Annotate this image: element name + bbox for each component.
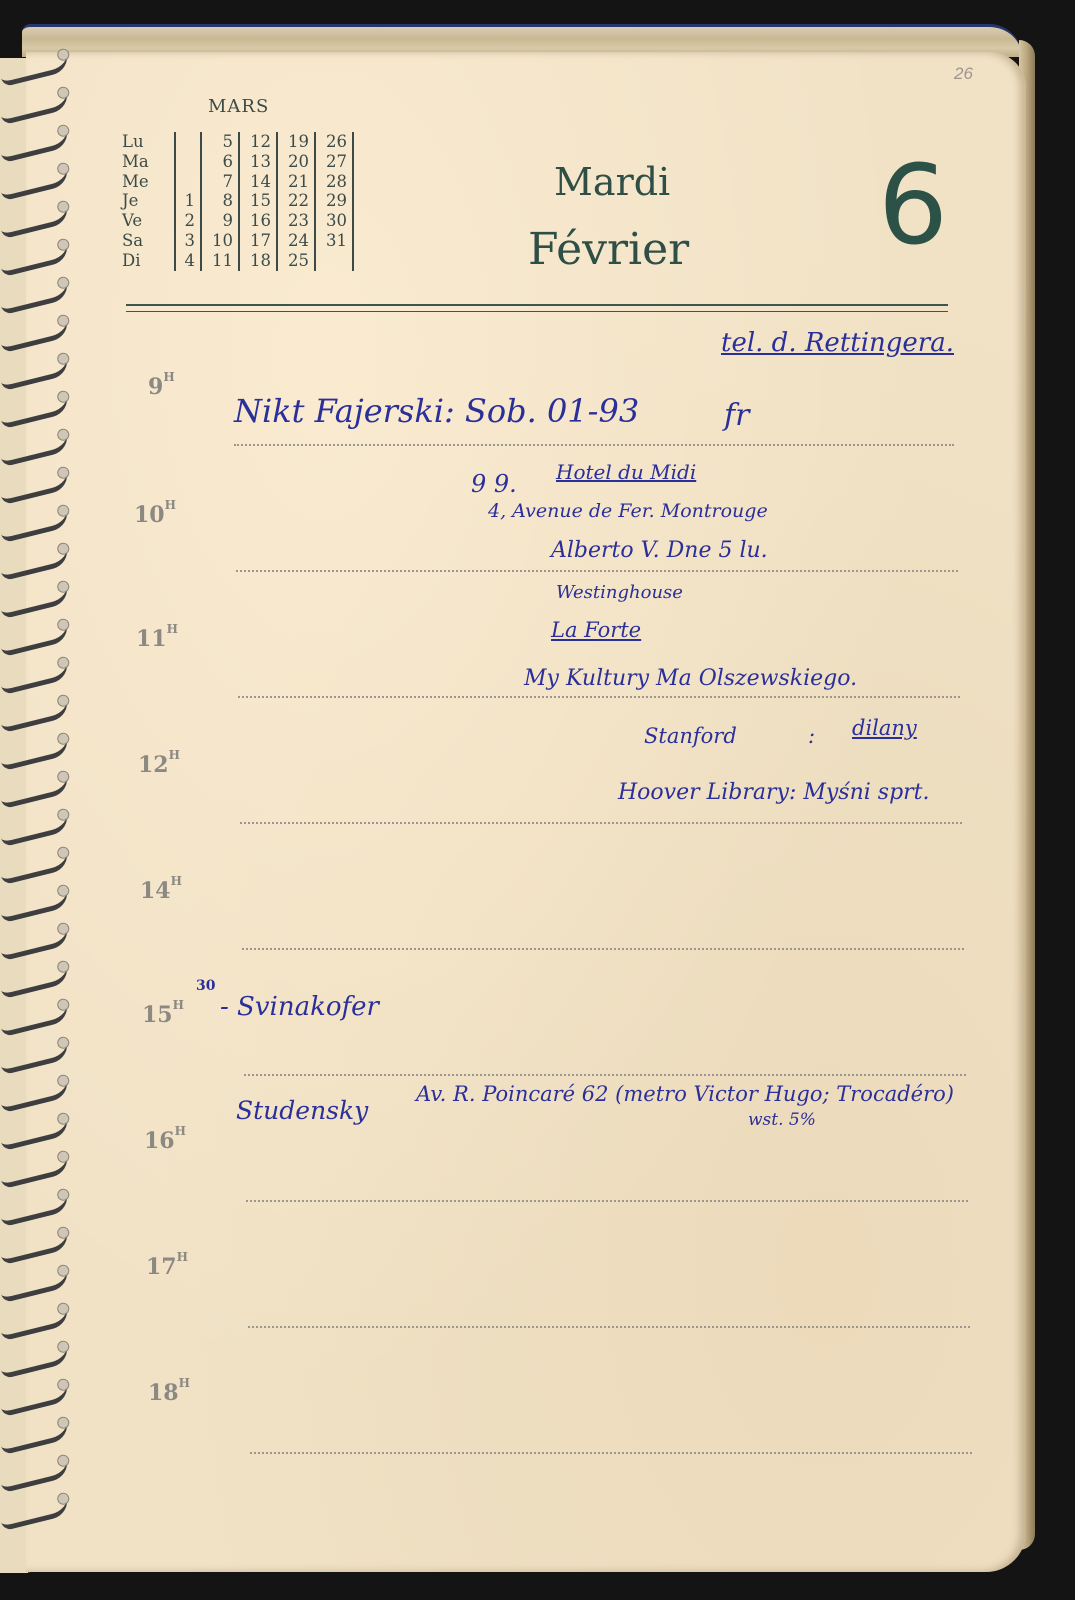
date-cell: 21 <box>278 172 309 192</box>
date-cell: 11 <box>202 251 233 271</box>
spiral-coil <box>0 394 71 429</box>
spiral-coil <box>0 774 71 809</box>
spiral-coil <box>0 850 71 885</box>
day-label: Lu <box>122 132 174 152</box>
spiral-coil <box>0 1078 71 1113</box>
spiral-coil <box>0 508 71 543</box>
hour-rule <box>234 444 954 446</box>
spiral-coil <box>0 1344 71 1379</box>
day-label: Di <box>122 251 174 271</box>
day-label: Je <box>122 191 174 211</box>
note-hoover: Hoover Library: Myśni sprt. <box>618 780 930 805</box>
spiral-coil <box>0 318 71 353</box>
mini-calendar-month: MARS <box>208 96 269 117</box>
hour-label-10: 10H <box>134 502 176 528</box>
date-cell: 4 <box>176 251 195 271</box>
note-westinghouse: Westinghouse <box>556 582 683 603</box>
date-cell: 28 <box>316 172 347 192</box>
day-label: Ma <box>122 152 174 172</box>
note-address-2: Alberto V. Dne 5 lu. <box>551 538 768 563</box>
mini-calendar-grid: Lu Ma Me Je Ve Sa Di 1 2 3 4 5 6 7 <box>122 132 354 271</box>
date-cell: 22 <box>278 191 309 211</box>
spiral-coil <box>0 204 71 239</box>
mini-calendar-week-3: 12 13 14 15 16 17 18 <box>240 132 278 271</box>
date-cell: 5 <box>202 132 233 152</box>
spiral-coil <box>0 1230 71 1265</box>
hour-label-11: 11H <box>136 626 178 652</box>
mini-calendar-day-labels: Lu Ma Me Je Ve Sa Di <box>122 132 174 271</box>
date-cell: 27 <box>316 152 347 172</box>
hour-label-14: 14H <box>140 878 182 904</box>
date-cell: 16 <box>240 211 271 231</box>
date-cell: 18 <box>240 251 271 271</box>
spiral-coil <box>0 1002 71 1037</box>
hour-rule <box>242 948 964 950</box>
hour-label-15: 15H <box>142 1002 184 1028</box>
date-cell <box>176 152 195 172</box>
date-cell: 1 <box>176 191 195 211</box>
spiral-coil <box>0 1154 71 1189</box>
day-label: Ve <box>122 211 174 231</box>
date-cell: 24 <box>278 231 309 251</box>
mini-calendar-week-5: 26 27 28 29 30 31 <box>316 132 354 271</box>
date-cell: 17 <box>240 231 271 251</box>
note-studensky: Studensky <box>236 1096 368 1125</box>
date-cell <box>176 132 195 152</box>
hour-rule <box>244 1074 966 1076</box>
hour-label-9: 9H <box>148 374 175 400</box>
spiral-coil <box>0 546 71 581</box>
date-cell <box>176 172 195 192</box>
date-cell: 3 <box>176 231 195 251</box>
spiral-coil <box>0 698 71 733</box>
spiral-coil <box>0 926 71 961</box>
hour-rule <box>236 570 958 572</box>
date-cell: 25 <box>278 251 309 271</box>
spiral-coil <box>0 166 71 201</box>
date-cell: 29 <box>316 191 347 211</box>
spiral-coil <box>0 1116 71 1151</box>
spiral-coil <box>0 432 71 467</box>
date-cell: 30 <box>316 211 347 231</box>
spiral-coil <box>0 1192 71 1227</box>
note-la-forte: La Forte <box>551 618 641 642</box>
spiral-coil <box>0 280 71 315</box>
spiral-coil <box>0 812 71 847</box>
day-label: Sa <box>122 231 174 251</box>
spiral-binding <box>0 60 80 1560</box>
spiral-coil <box>0 470 71 505</box>
spiral-coil <box>0 964 71 999</box>
spiral-coil <box>0 1382 71 1417</box>
spiral-coil <box>0 1268 71 1303</box>
day-label: Me <box>122 172 174 192</box>
spiral-coil <box>0 356 71 391</box>
date-cell: 15 <box>240 191 271 211</box>
note-telephone: tel. d. Rettingera. <box>721 328 954 358</box>
note-wst: wst. 5% <box>748 1110 816 1130</box>
day-number: 6 <box>878 150 948 260</box>
date-cell: 19 <box>278 132 309 152</box>
spiral-coil <box>0 1458 71 1493</box>
date-cell: 10 <box>202 231 233 251</box>
mini-calendar-week-4: 19 20 21 22 23 24 25 <box>278 132 316 271</box>
date-cell <box>316 251 347 271</box>
note-kultury: My Kultury Ma Olszewskiego. <box>524 666 857 691</box>
date-cell: 14 <box>240 172 271 192</box>
date-cell: 23 <box>278 211 309 231</box>
note-fr: fr <box>724 398 749 433</box>
note-15h-minutes: 30 <box>196 978 215 994</box>
spiral-coil <box>0 1496 71 1531</box>
mini-calendar-week-2: 5 6 7 8 9 10 11 <box>202 132 240 271</box>
date-cell: 12 <box>240 132 271 152</box>
note-hotel: Hotel du Midi <box>556 460 696 484</box>
spiral-coil <box>0 128 71 163</box>
spiral-coil <box>0 888 71 923</box>
page-number: 26 <box>954 64 973 84</box>
date-cell: 7 <box>202 172 233 192</box>
date-cell: 9 <box>202 211 233 231</box>
spiral-coil <box>0 90 71 125</box>
hour-label-12: 12H <box>138 752 180 778</box>
hour-rule <box>246 1200 968 1202</box>
note-15h-entry: - Svinakofer <box>220 992 379 1022</box>
date-cell: 2 <box>176 211 195 231</box>
note-stanford: Stanford <box>644 724 737 748</box>
spiral-coil <box>0 242 71 277</box>
note-colon: : <box>808 724 815 748</box>
hour-label-16: 16H <box>144 1128 186 1154</box>
spiral-coil <box>0 1306 71 1341</box>
spiral-coil <box>0 736 71 771</box>
spiral-coil <box>0 622 71 657</box>
mini-calendar-week-1: 1 2 3 4 <box>174 132 202 271</box>
diary-page: 26 MARS Lu Ma Me Je Ve Sa Di 1 2 3 4 <box>26 52 1026 1572</box>
note-99: 9 9. <box>471 470 517 498</box>
date-cell: 13 <box>240 152 271 172</box>
hour-label-17: 17H <box>146 1254 188 1280</box>
hour-label-18: 18H <box>148 1380 190 1406</box>
hour-rule <box>248 1326 970 1328</box>
note-poincare-address: Av. R. Poincaré 62 (metro Victor Hugo; T… <box>416 1082 954 1106</box>
spiral-coil <box>0 1040 71 1075</box>
hour-rule <box>240 822 962 824</box>
spiral-coil <box>0 660 71 695</box>
date-cell: 8 <box>202 191 233 211</box>
month-name: Février <box>528 224 689 275</box>
hour-rule <box>250 1452 972 1454</box>
date-cell: 6 <box>202 152 233 172</box>
spiral-coil <box>0 584 71 619</box>
spiral-coil <box>0 1420 71 1455</box>
note-9h-entry: Nikt Fajerski: Sob. 01-93 <box>234 392 639 430</box>
date-cell: 31 <box>316 231 347 251</box>
header-divider <box>126 304 948 312</box>
date-cell: 20 <box>278 152 309 172</box>
date-cell: 26 <box>316 132 347 152</box>
hour-rule <box>238 696 960 698</box>
note-dilany: dilany <box>852 716 917 740</box>
note-address-1: 4, Avenue de Fer. Montrouge <box>488 500 768 522</box>
day-name: Mardi <box>554 160 670 204</box>
